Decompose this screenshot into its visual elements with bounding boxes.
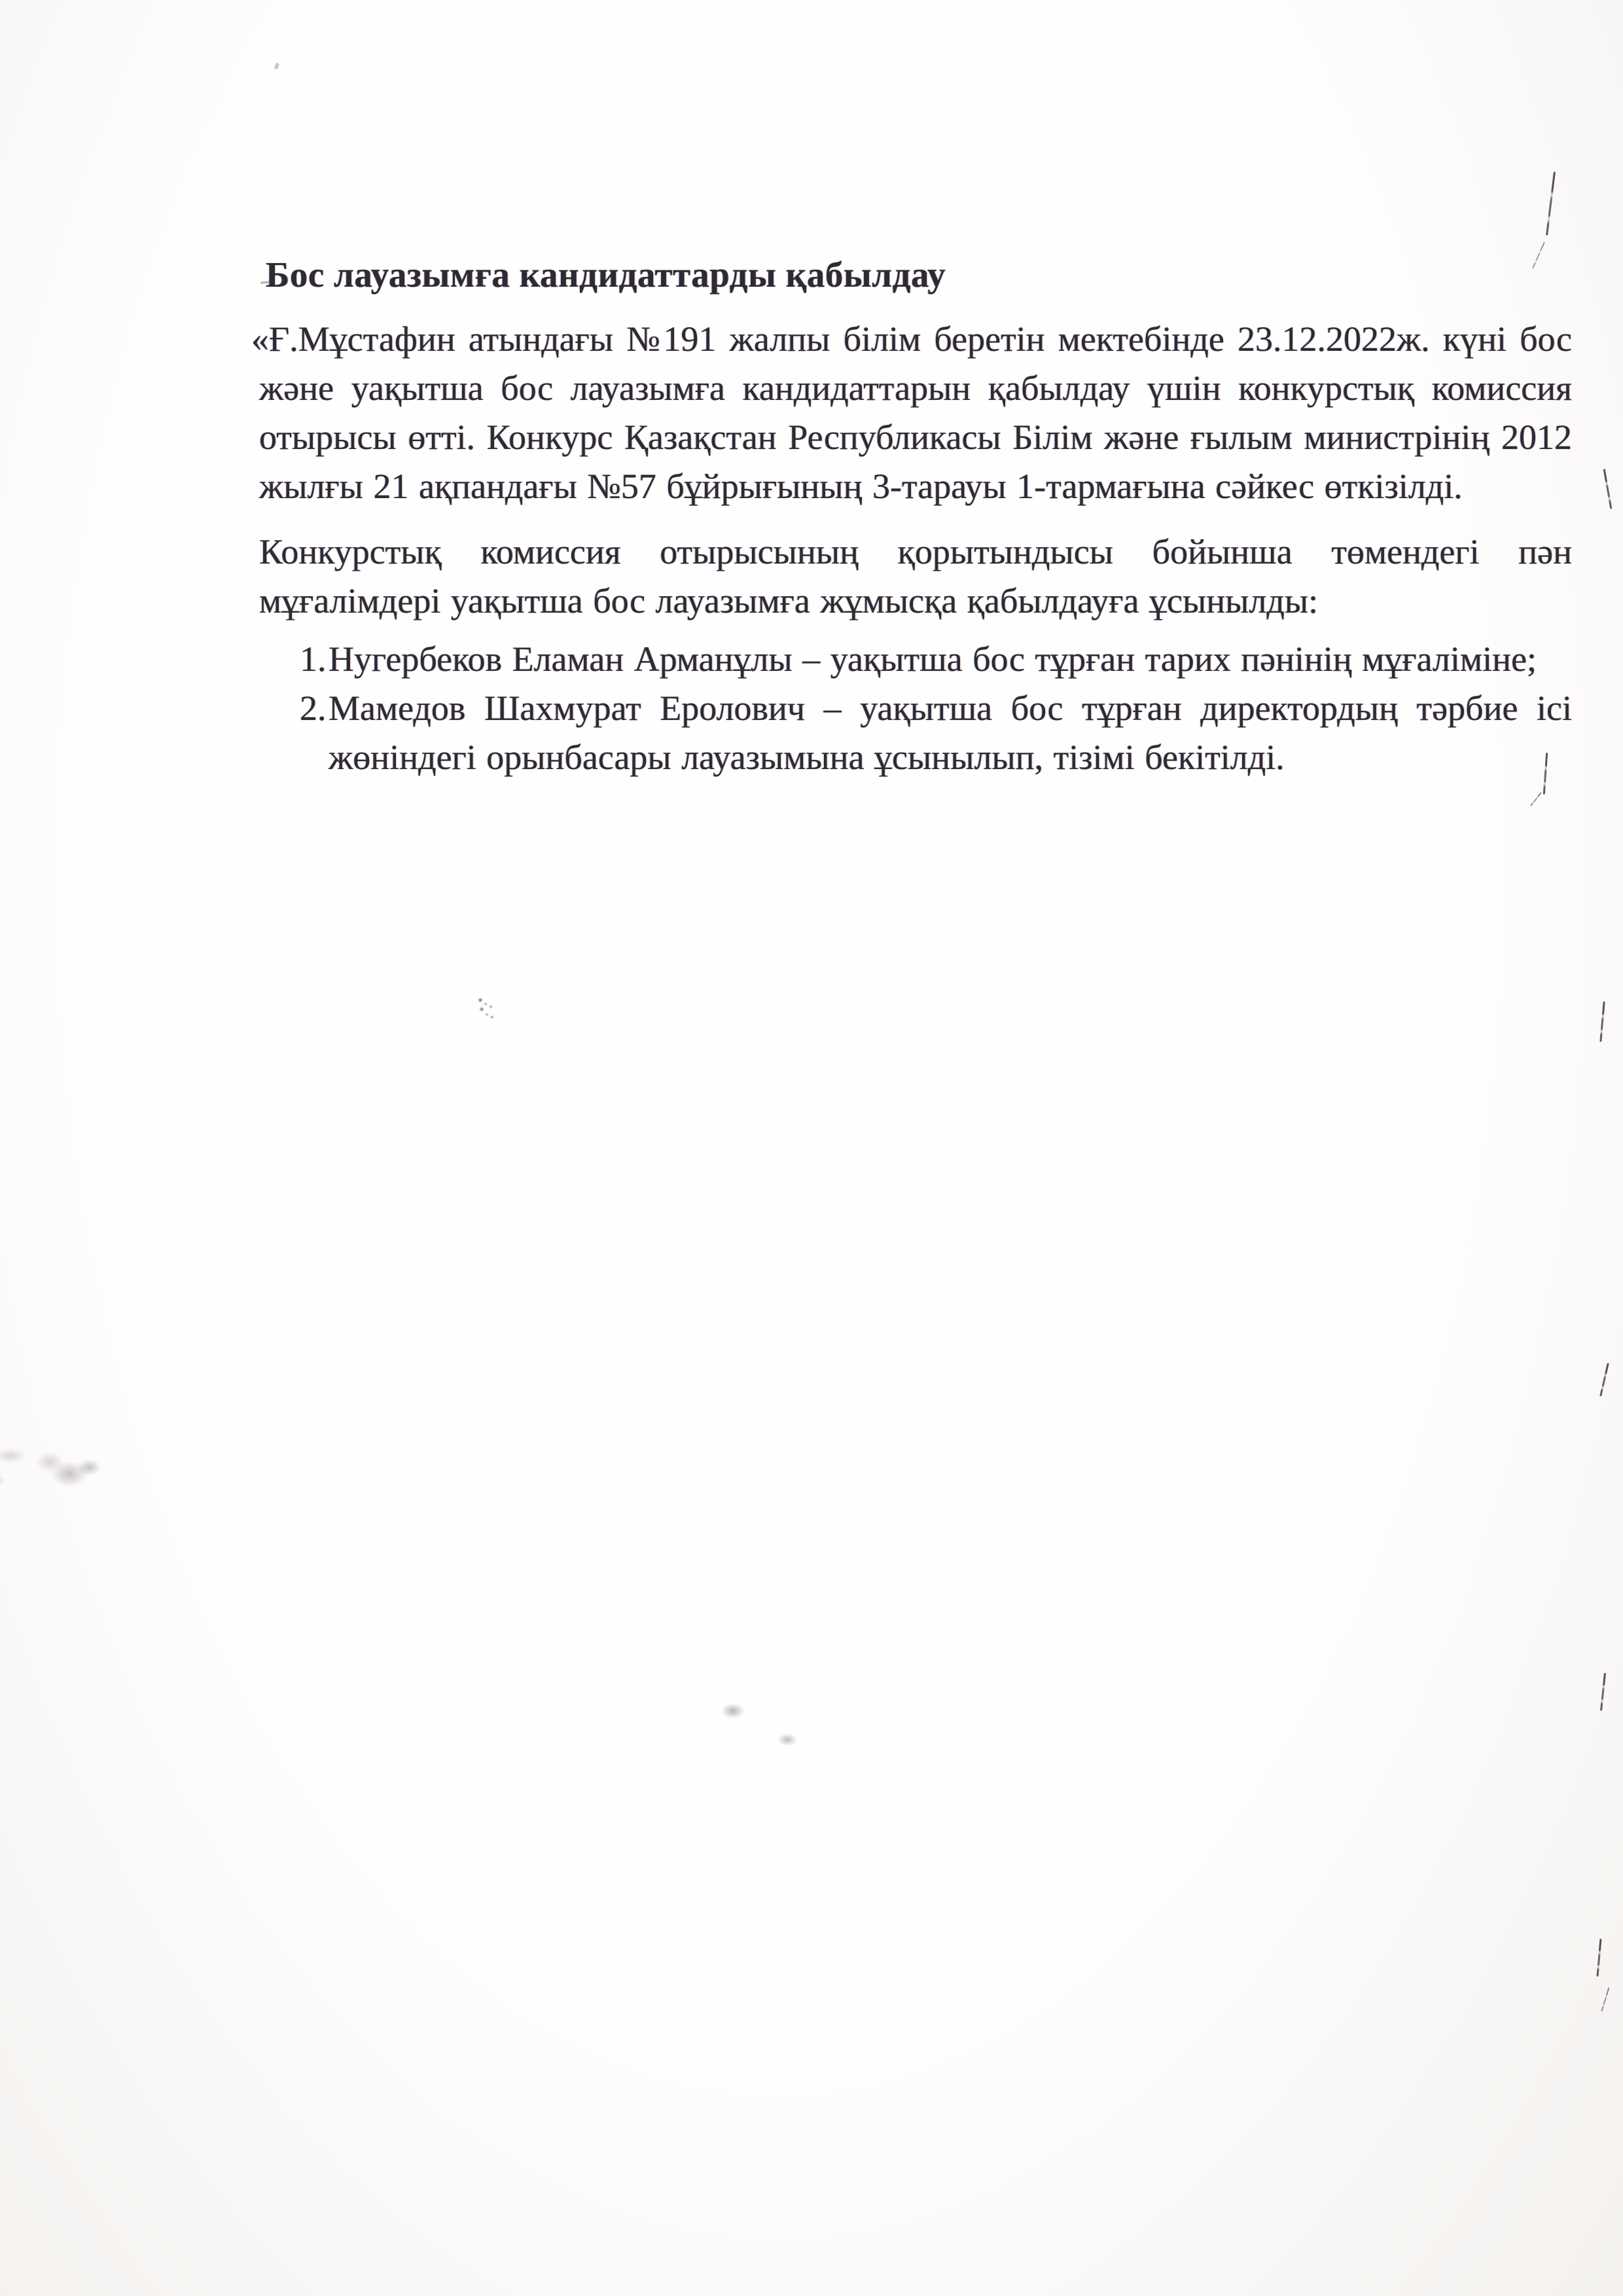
list-item: 1. Нугербеков Еламан Арманұлы – уақытша …	[300, 635, 1572, 684]
list-item: 2. Мамедов Шахмурат Еролович – уақытша б…	[300, 684, 1572, 782]
ink-smudge	[772, 1729, 802, 1750]
list-item-number: 1.	[300, 635, 329, 684]
list-item-text: Нугербеков Еламан Арманұлы – уақытша бос…	[329, 635, 1572, 684]
scan-scratch-mark	[1599, 1363, 1609, 1396]
document-body: Бос лауазымға кандидаттарды қабылдау «Ғ.…	[259, 254, 1572, 782]
scan-speck	[274, 62, 279, 69]
scan-scratch-mark	[1600, 1673, 1606, 1711]
scan-scratch-mark	[1603, 469, 1613, 509]
scanned-document-page: Бос лауазымға кандидаттарды қабылдау «Ғ.…	[0, 0, 1623, 2296]
paragraph-commission-result: Конкурстық комиссия отырысының қорытынды…	[259, 528, 1572, 626]
ink-smudge	[0, 1428, 128, 1520]
scan-scratch-mark	[1599, 1001, 1605, 1042]
candidates-numbered-list: 1. Нугербеков Еламан Арманұлы – уақытша …	[259, 635, 1572, 782]
scan-scratch-mark	[1601, 1988, 1609, 2012]
document-title: Бос лауазымға кандидаттарды қабылдау	[266, 254, 1572, 295]
list-item-number: 2.	[300, 684, 329, 733]
scan-scratch-mark	[1530, 792, 1542, 806]
scan-scratch-mark	[1596, 1939, 1601, 1977]
scan-speck	[475, 995, 497, 1021]
ink-smudge	[716, 1699, 750, 1723]
paragraph-introduction: «Ғ.Мұстафин атындағы №191 жалпы білім бе…	[259, 315, 1572, 511]
list-item-text: Мамедов Шахмурат Еролович – уақытша бос …	[329, 684, 1572, 782]
scan-scratch-mark	[1546, 171, 1556, 236]
